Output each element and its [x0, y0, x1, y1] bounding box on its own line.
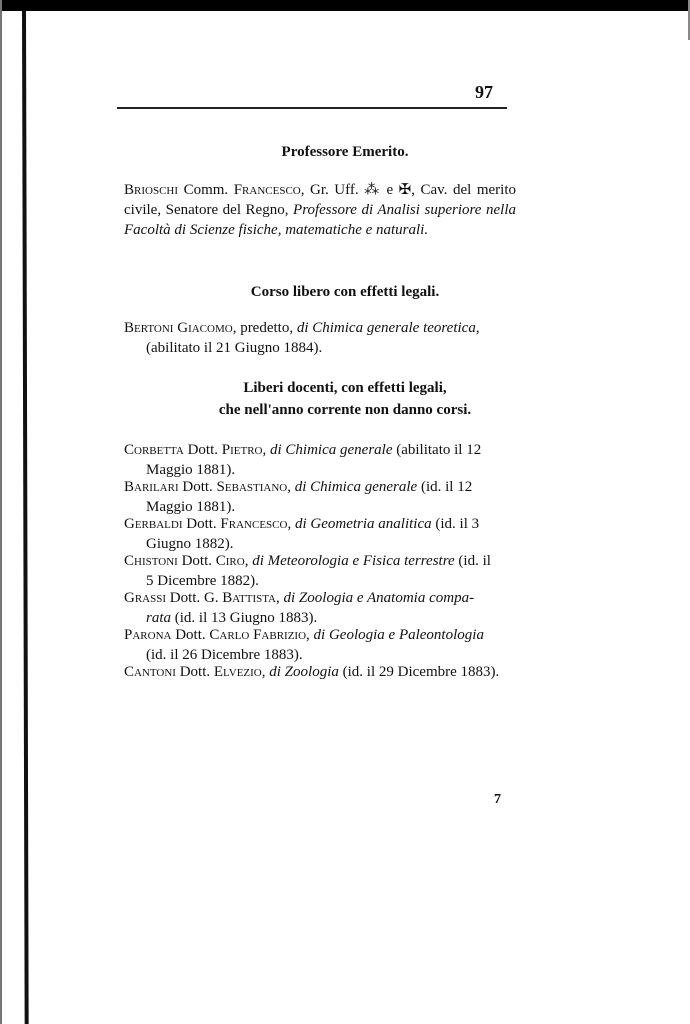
entry-barilari: Barilari Dott. Sebastiano, di Chimica ge…	[124, 477, 516, 517]
title: Dott.	[186, 516, 216, 532]
subject: di Zoologia e Anatomia compa-	[284, 590, 475, 606]
surname: Bertoni	[124, 320, 173, 336]
surname: Cantoni	[124, 664, 176, 680]
title: Dott.	[180, 664, 210, 680]
subject-cont: rata	[146, 610, 171, 626]
title: Dott.	[170, 590, 200, 606]
subject: di Geologia e Paleontologia	[314, 627, 484, 643]
subject: di Zoologia	[269, 664, 339, 680]
given-name: Sebastiano	[217, 479, 288, 495]
surname: Barilari	[124, 479, 179, 495]
entry-corbetta: Corbetta Dott. Pietro, di Chimica genera…	[124, 440, 516, 480]
scan-top-border	[0, 0, 690, 11]
subject: di Geometria analitica	[295, 516, 432, 532]
entry-bertoni: Bertoni Giacomo, predetto, di Chimica ge…	[124, 318, 516, 358]
section-heading-professore-emerito: Professore Emerito.	[0, 144, 690, 161]
surname: Chistoni	[124, 553, 178, 569]
title: Dott.	[182, 553, 212, 569]
surname: Gerbaldi	[124, 516, 183, 532]
note: (id. il 3	[435, 516, 479, 532]
section-heading-liberi-docenti-1: Liberi docenti, con effetti legali,	[0, 380, 690, 397]
section-heading-corso-libero: Corso libero con effetti legali.	[0, 284, 690, 301]
given-name: Carlo Fabrizio	[209, 627, 306, 643]
entry-gerbaldi: Gerbaldi Dott. Francesco, di Geometria a…	[124, 514, 516, 554]
subject: di Chimica generale	[295, 479, 417, 495]
note: (id. il 29 Dicembre 1883).	[343, 664, 500, 680]
surname: Brioschi	[124, 182, 178, 198]
given-name: Francesco	[234, 182, 301, 198]
subject: di Chimica generale	[270, 442, 392, 458]
title: Dott.	[182, 479, 212, 495]
entry-chistoni: Chistoni Dott. Ciro, di Meteorologia e F…	[124, 551, 516, 591]
entry-brioschi: Brioschi Comm. Francesco, Gr. Uff. ⁂ e ✠…	[124, 180, 516, 240]
note: (abilitato il 21 Giugno 1884).	[124, 338, 516, 358]
given-name: Elvezio	[214, 664, 262, 680]
entry-grassi: Grassi Dott. G. Battista, di Zoologia e …	[124, 588, 516, 628]
subject: di Meteorologia e Fisica terrestre	[252, 553, 454, 569]
surname: Parona	[124, 627, 171, 643]
title: Dott.	[188, 442, 218, 458]
note: (id. il	[458, 553, 491, 569]
title: Comm.	[184, 182, 229, 198]
given-name: Pietro	[222, 442, 263, 458]
note: (id. il 12	[421, 479, 472, 495]
title: Dott.	[175, 627, 205, 643]
entry-parona: Parona Dott. Carlo Fabrizio, di Geologia…	[124, 625, 516, 665]
details: , predetto,	[233, 320, 297, 336]
given-name: Giacomo	[177, 320, 232, 336]
given-name: Ciro	[216, 553, 245, 569]
note: (abilitato il 12	[396, 442, 481, 458]
surname: Grassi	[124, 590, 166, 606]
given-name: Francesco	[220, 516, 287, 532]
entry-cantoni: Cantoni Dott. Elvezio, di Zoologia (id. …	[124, 662, 516, 682]
page-number: 97	[475, 82, 493, 103]
surname: Corbetta	[124, 442, 184, 458]
given-name: G. Battista	[204, 590, 276, 606]
signature-mark: 7	[494, 792, 501, 808]
section-heading-liberi-docenti-2: che nell'anno corrente non danno corsi.	[0, 402, 690, 419]
header-rule	[117, 107, 507, 109]
subject: di Chimica generale teoretica,	[297, 320, 480, 336]
page-binding-edge	[22, 10, 29, 1024]
note: (id. il 13 Giugno 1883).	[175, 610, 318, 626]
